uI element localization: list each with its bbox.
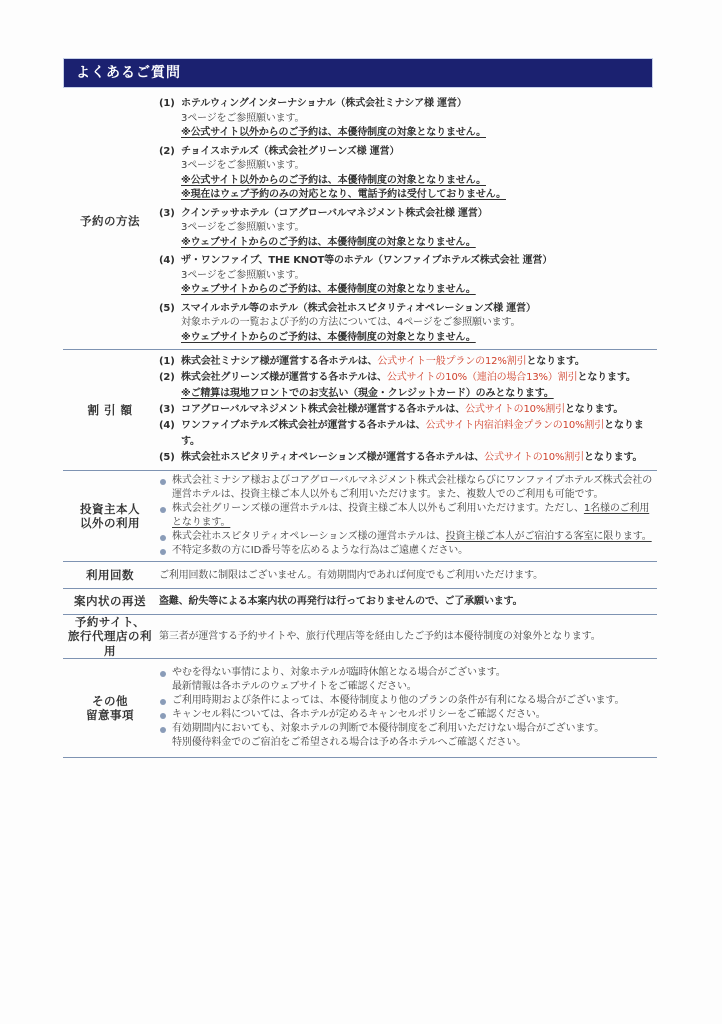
row-label-line: 案内状の再送 — [74, 594, 146, 608]
item-number: (4) — [159, 418, 175, 434]
bullet-icon — [160, 535, 166, 541]
faq-row-booking-sites: 予約サイト、 旅行代理店の利用 第三者が運営する予約サイトや、旅行代理店等を経由… — [63, 614, 657, 658]
item-note: ※ご精算は現地フロントでのお支払い（現金・クレジットカード）のみとなります。 — [181, 386, 657, 402]
item-note: ※ウェブサイトからのご予約は、本優待制度の対象となりません。 — [181, 283, 657, 298]
item-note: ※ウェブサイトからのご予約は、本優待制度の対象となりません。 — [181, 236, 657, 251]
text-segment: となります。 — [526, 356, 584, 367]
item-body: 3ページをご参照願います。 — [181, 221, 657, 236]
section-title: よくあるご質問 — [76, 65, 181, 81]
list-item: やむを得ない事情により、対象ホテルが臨時休館となる場合がございます。 最新情報は… — [159, 666, 657, 694]
row-label-line: 旅行代理店の利用 — [63, 629, 157, 658]
list-item: キャンセル料については、各ホテルが定めるキャンセルポリシーをご確認ください。 — [159, 708, 657, 722]
row-label: 予約の方法 — [63, 93, 157, 349]
row-label-line: その他 — [92, 694, 128, 708]
faq-row-discount: 割 引 額 (1) 株式会社ミナシア様が運営する各ホテルは、公式サイト一般プラン… — [63, 349, 657, 470]
list-item: (2) 株式会社グリーンズ様が運営する各ホテルは、公式サイトの10%（連泊の場合… — [159, 370, 657, 402]
text-segment: 株式会社ミナシア様およびコアグローバルマネジメント株式会社様ならびにワンファイブ… — [172, 475, 652, 500]
text-segment: ご利用時期および条件によっては、本優待制度より他のプランの条件が有利になる場合が… — [172, 694, 657, 708]
text-segment: ワンファイブホテルズ株式会社が運営する各ホテルは、 — [181, 420, 425, 431]
list-item: 株式会社ホスピタリティオペレーションズ様の運営ホテルは、投資主様ご本人がご宿泊す… — [159, 530, 657, 544]
row-content: 株式会社ミナシア様およびコアグローバルマネジメント株式会社様ならびにワンファイブ… — [157, 471, 657, 561]
faq-row-resend-notice: 案内状の再送 盗難、紛失等による本案内状の再発行は行っておりませんので、ご了承願… — [63, 588, 657, 614]
bullet-icon — [160, 727, 166, 733]
row-label-line: 予約サイト、 — [75, 615, 145, 629]
row-label: その他 留意事項 — [63, 659, 157, 757]
list-item: (4) ワンファイブホテルズ株式会社が運営する各ホテルは、公式サイト内宿泊料金プ… — [159, 418, 657, 450]
discount-highlight: 公式サイトの10%割引 — [484, 452, 584, 463]
faq-row-other-notes: その他 留意事項 やむを得ない事情により、対象ホテルが臨時休館となる場合がござい… — [63, 658, 657, 758]
faq-row-booking-method: 予約の方法 (1) ホテルウィングインターナショナル（株式会社ミナシア様 運営）… — [63, 93, 657, 349]
row-label: 投資主本人 以外の利用 — [63, 471, 157, 561]
item-number: (3) — [159, 402, 175, 418]
text-segment: 特別優待料金でのご宿泊をご希望される場合は予め各ホテルへご確認ください。 — [172, 736, 657, 750]
item-number: (2) — [159, 370, 175, 386]
item-body: 3ページをご参照願います。 — [181, 112, 657, 127]
text-segment: 株式会社グリーンズ様の運営ホテルは、投資主様ご本人以外もご利用いただけます。ただ… — [172, 503, 584, 514]
item-note: ※公式サイト以外からのご予約は、本優待制度の対象となりません。 — [181, 126, 657, 141]
row-text: 盗難、紛失等による本案内状の再発行は行っておりませんので、ご了承願います。 — [159, 595, 657, 608]
section-header: よくあるご質問 — [63, 58, 653, 88]
item-body: 3ページをご参照願います。 — [181, 269, 657, 284]
discount-highlight: 公式サイト一般プランの12%割引 — [377, 356, 526, 367]
item-number: (2) — [159, 145, 175, 160]
item-number: (1) — [159, 354, 175, 370]
list-item: 株式会社ミナシア様およびコアグローバルマネジメント株式会社様ならびにワンファイブ… — [159, 474, 657, 502]
row-content: 盗難、紛失等による本案内状の再発行は行っておりませんので、ご了承願います。 — [157, 589, 657, 614]
item-note: ※現在はウェブ予約のみの対応となり、電話予約は受付しておりません。 — [181, 188, 657, 203]
bullet-icon — [160, 549, 166, 555]
list-item: (5) スマイルホテル等のホテル（株式会社ホスピタリティオペレーションズ様 運営… — [159, 302, 657, 346]
text-segment: キャンセル料については、各ホテルが定めるキャンセルポリシーをご確認ください。 — [172, 708, 657, 722]
text-segment: 最新情報は各ホテルのウェブサイトをご確認ください。 — [172, 680, 657, 694]
text-segment: となります。 — [584, 452, 642, 463]
row-label-line: 投資主本人 — [80, 502, 140, 516]
item-note: ※公式サイト以外からのご予約は、本優待制度の対象となりません。 — [181, 174, 657, 189]
list-item: (3) クインテッサホテル（コアグローバルマネジメント株式会社様 運営） 3ペー… — [159, 207, 657, 251]
item-text: 株式会社ミナシア様が運営する各ホテルは、公式サイト一般プランの12%割引となりま… — [181, 354, 657, 370]
item-body: 3ページをご参照願います。 — [181, 159, 657, 174]
item-title: チョイスホテルズ（株式会社グリーンズ様 運営） — [181, 145, 657, 160]
row-content: (1) 株式会社ミナシア様が運営する各ホテルは、公式サイト一般プランの12%割引… — [157, 350, 657, 470]
text-segment: 株式会社ミナシア様が運営する各ホテルは、 — [181, 356, 377, 367]
row-label: 割 引 額 — [63, 350, 157, 470]
faq-table: 予約の方法 (1) ホテルウィングインターナショナル（株式会社ミナシア様 運営）… — [63, 93, 657, 758]
list-item: (1) ホテルウィングインターナショナル（株式会社ミナシア様 運営） 3ページを… — [159, 97, 657, 141]
bullet-icon — [160, 699, 166, 705]
item-title: クインテッサホテル（コアグローバルマネジメント株式会社様 運営） — [181, 207, 657, 222]
row-label-line: 割 引 額 — [87, 403, 132, 417]
list-item: 有効期間内においても、対象ホテルの判断で本優待制度をご利用いただけない場合がござ… — [159, 722, 657, 750]
row-content: (1) ホテルウィングインターナショナル（株式会社ミナシア様 運営） 3ページを… — [157, 93, 657, 349]
discount-highlight: 公式サイト内宿泊料金プランの10%割引 — [425, 420, 604, 431]
list-item: 株式会社グリーンズ様の運営ホテルは、投資主様ご本人以外もご利用いただけます。ただ… — [159, 502, 657, 530]
underlined-segment: 投資主様ご本人がご宿泊する客室に限ります。 — [446, 531, 652, 542]
row-label-line: 利用回数 — [86, 568, 134, 582]
item-number: (4) — [159, 254, 175, 269]
item-text: コアグローバルマネジメント株式会社様が運営する各ホテルは、公式サイトの10%割引… — [181, 402, 657, 418]
item-title: ホテルウィングインターナショナル（株式会社ミナシア様 運営） — [181, 97, 657, 112]
text-segment: やむを得ない事情により、対象ホテルが臨時休館となる場合がございます。 — [172, 666, 657, 680]
row-text: ご利用回数に制限はございません。有効期間内であれば何度でもご利用いただけます。 — [159, 569, 657, 582]
item-number: (1) — [159, 97, 175, 112]
list-item: 不特定多数の方にID番号等を広めるような行為はご遠慮ください。 — [159, 544, 657, 558]
list-item: (5) 株式会社ホスピタリティオペレーションズ様が運営する各ホテルは、公式サイト… — [159, 450, 657, 466]
row-content: やむを得ない事情により、対象ホテルが臨時休館となる場合がございます。 最新情報は… — [157, 659, 657, 757]
row-content: 第三者が運営する予約サイトや、旅行代理店等を経由したご予約は本優待制度の対象外と… — [157, 615, 657, 658]
bullet-icon — [160, 507, 166, 513]
row-label-line: 留意事項 — [86, 708, 134, 722]
bullet-icon — [160, 713, 166, 719]
bullet-icon — [160, 479, 166, 485]
list-item: (1) 株式会社ミナシア様が運営する各ホテルは、公式サイト一般プランの12%割引… — [159, 354, 657, 370]
item-text: 株式会社ホスピタリティオペレーションズ様が運営する各ホテルは、公式サイトの10%… — [181, 450, 657, 466]
item-title: スマイルホテル等のホテル（株式会社ホスピタリティオペレーションズ様 運営） — [181, 302, 657, 317]
list-item: (3) コアグローバルマネジメント株式会社様が運営する各ホテルは、公式サイトの1… — [159, 402, 657, 418]
text-segment: 株式会社ホスピタリティオペレーションズ様の運営ホテルは、 — [172, 531, 446, 542]
list-item: (4) ザ・ワンファイブ、THE KNOT等のホテル（ワンファイブホテルズ株式会… — [159, 254, 657, 298]
text-segment: 有効期間内においても、対象ホテルの判断で本優待制度をご利用いただけない場合がござ… — [172, 722, 657, 736]
row-label-line: 以外の利用 — [80, 516, 140, 530]
row-label: 予約サイト、 旅行代理店の利用 — [63, 615, 157, 658]
text-segment: となります。 — [577, 372, 635, 383]
item-body: 対象ホテルの一覧および予約の方法については、4ページをご参照願います。 — [181, 316, 657, 331]
document-page: よくあるご質問 予約の方法 (1) ホテルウィングインターナショナル（株式会社ミ… — [0, 0, 722, 1024]
text-segment: 株式会社ホスピタリティオペレーションズ様が運営する各ホテルは、 — [181, 452, 484, 463]
item-number: (5) — [159, 450, 175, 466]
text-segment: コアグローバルマネジメント株式会社様が運営する各ホテルは、 — [181, 404, 465, 415]
item-number: (3) — [159, 207, 175, 222]
item-note: ※ウェブサイトからのご予約は、本優待制度の対象となりません。 — [181, 331, 657, 346]
faq-row-usage-count: 利用回数 ご利用回数に制限はございません。有効期間内であれば何度でもご利用いただ… — [63, 561, 657, 588]
item-text: ワンファイブホテルズ株式会社が運営する各ホテルは、公式サイト内宿泊料金プランの1… — [181, 418, 657, 450]
item-text: 株式会社グリーンズ様が運営する各ホテルは、公式サイトの10%（連泊の場合13%）… — [181, 370, 657, 386]
row-label: 利用回数 — [63, 562, 157, 588]
text-segment: 不特定多数の方にID番号等を広めるような行為はご遠慮ください。 — [172, 545, 468, 556]
faq-row-non-investor-use: 投資主本人 以外の利用 株式会社ミナシア様およびコアグローバルマネジメント株式会… — [63, 470, 657, 561]
item-title: ザ・ワンファイブ、THE KNOT等のホテル（ワンファイブホテルズ株式会社 運営… — [181, 254, 657, 269]
row-text: 第三者が運営する予約サイトや、旅行代理店等を経由したご予約は本優待制度の対象外と… — [159, 630, 657, 643]
item-number: (5) — [159, 302, 175, 317]
discount-highlight: 公式サイトの10%割引 — [465, 404, 565, 415]
list-item: ご利用時期および条件によっては、本優待制度より他のプランの条件が有利になる場合が… — [159, 694, 657, 708]
row-content: ご利用回数に制限はございません。有効期間内であれば何度でもご利用いただけます。 — [157, 562, 657, 588]
bullet-icon — [160, 671, 166, 677]
text-segment: 株式会社グリーンズ様が運営する各ホテルは、 — [181, 372, 387, 383]
list-item: (2) チョイスホテルズ（株式会社グリーンズ様 運営） 3ページをご参照願います… — [159, 145, 657, 203]
discount-highlight: 公式サイトの10%（連泊の場合13%）割引 — [387, 372, 578, 383]
row-label: 案内状の再送 — [63, 589, 157, 614]
text-segment: となります。 — [565, 404, 623, 415]
row-label-line: 予約の方法 — [80, 214, 140, 228]
